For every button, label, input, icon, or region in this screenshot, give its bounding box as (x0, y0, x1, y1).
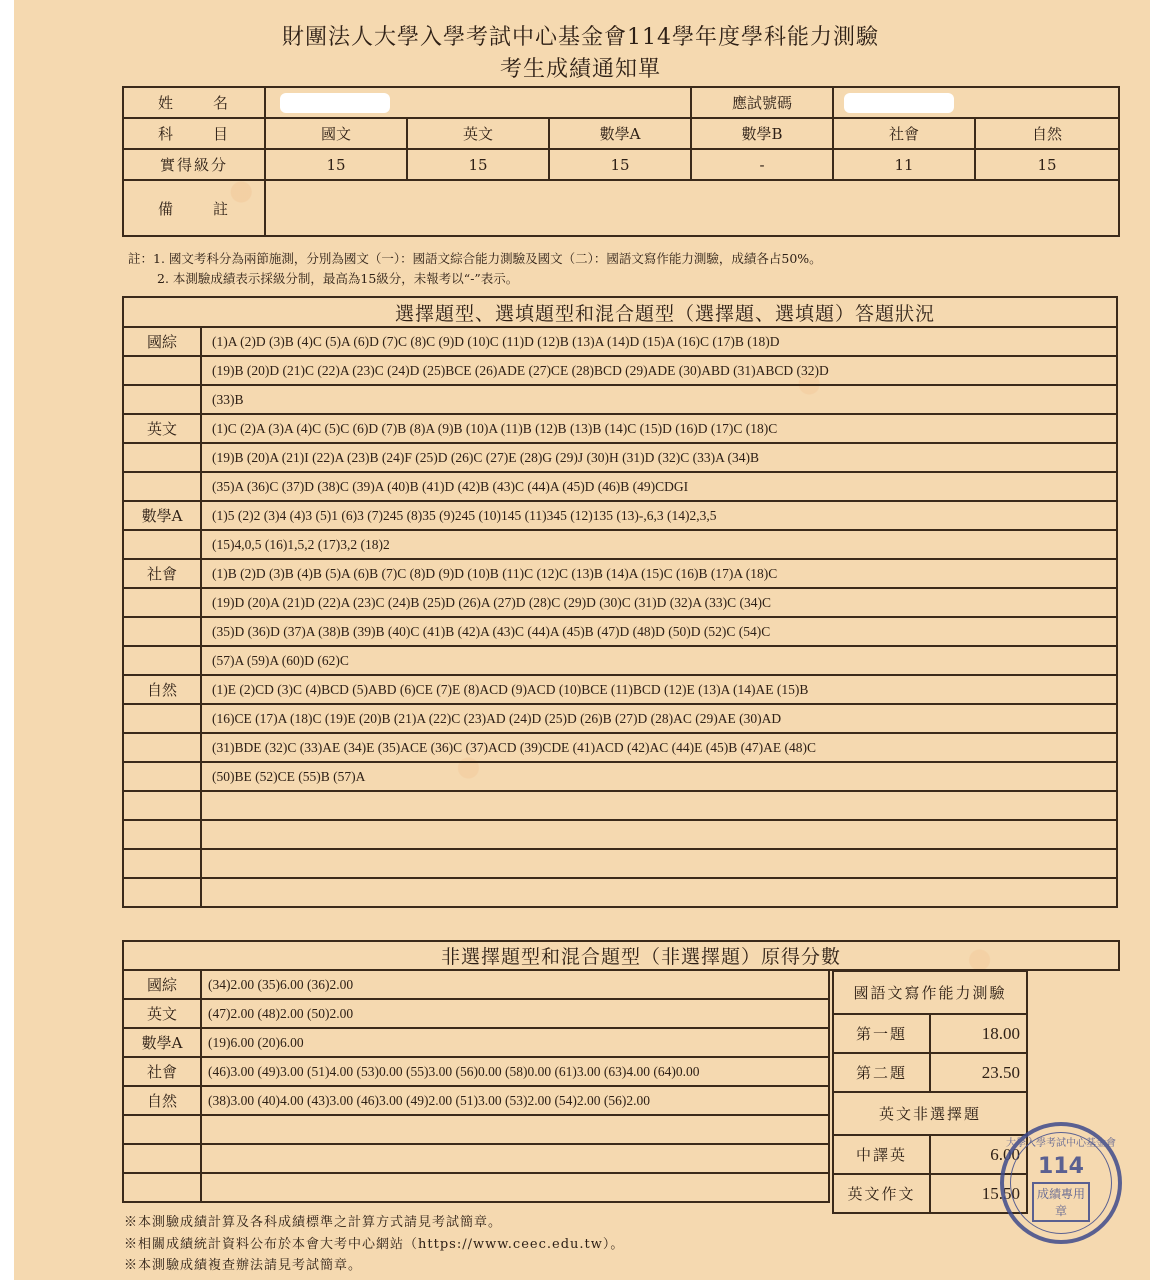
score-row: 實得級分 15 15 15 - 11 15 (123, 149, 1119, 180)
answer-row (123, 849, 1117, 878)
answer-row-text: (57)A (59)A (60)D (62)C (201, 646, 1117, 675)
non-choice-row-subject (123, 1144, 201, 1173)
name-value (265, 87, 691, 118)
answer-row-text: (1)B (2)D (3)B (4)B (5)A (6)B (7)C (8)D … (201, 559, 1117, 588)
answer-row-text: (1)5 (2)2 (3)4 (4)3 (5)1 (6)3 (7)245 (8)… (201, 501, 1117, 530)
translation-label: 中譯英 (833, 1135, 930, 1174)
answer-row-text: (1)C (2)A (3)A (4)C (5)C (6)D (7)B (8)A … (201, 414, 1117, 443)
answer-row-text: (33)B (201, 385, 1117, 414)
answer-row: (57)A (59)A (60)D (62)C (123, 646, 1117, 675)
answer-row: (33)B (123, 385, 1117, 414)
writing-q1-label: 第一題 (833, 1014, 930, 1053)
answer-row: (35)D (36)D (37)A (38)B (39)B (40)C (41)… (123, 617, 1117, 646)
answer-row-text: (19)D (20)A (21)D (22)A (23)C (24)B (25)… (201, 588, 1117, 617)
subject-science: 自然 (975, 118, 1119, 149)
document-title: 財團法人大學入學考試中心基金會114學年度學科能力測驗 (0, 20, 1161, 51)
answer-row-text: (31)BDE (32)C (33)AE (34)E (35)ACE (36)C… (201, 733, 1117, 762)
answer-row-subject (123, 617, 201, 646)
non-choice-row-subject: 英文 (123, 999, 201, 1028)
answer-row-subject: 自然 (123, 675, 201, 704)
non-choice-row-subject (123, 1115, 201, 1144)
answer-row-subject: 社會 (123, 559, 201, 588)
answer-row-subject (123, 704, 201, 733)
answer-row-text: (35)D (36)D (37)A (38)B (39)B (40)C (41)… (201, 617, 1117, 646)
answer-row: 國綜(1)A (2)D (3)B (4)C (5)A (6)D (7)C (8)… (123, 327, 1117, 356)
score-label: 實得級分 (123, 149, 265, 180)
answer-row: (19)B (20)A (21)I (22)A (23)B (24)F (25)… (123, 443, 1117, 472)
remark-row: 備註 (123, 180, 1119, 236)
answer-row-text: (19)B (20)D (21)C (22)A (23)C (24)D (25)… (201, 356, 1117, 385)
answer-row-subject (123, 472, 201, 501)
score-english: 15 (407, 149, 549, 180)
writing-q2-label: 第二題 (833, 1053, 930, 1092)
answer-row-text (201, 878, 1117, 907)
choice-answers-table: 選擇題型、選填題型和混合題型（選擇題、選填題）答題狀況 國綜(1)A (2)D … (122, 296, 1118, 908)
writing-q1-score: 18.00 (930, 1014, 1027, 1053)
name-redaction (280, 93, 390, 113)
non-choice-row-subject: 數學A (123, 1028, 201, 1057)
answer-row-subject (123, 791, 201, 820)
official-seal-icon: 大學入學考試中心基金會 114 成績專用章 (1000, 1122, 1122, 1244)
answer-row-text: (1)E (2)CD (3)C (4)BCD (5)ABD (6)CE (7)E… (201, 675, 1117, 704)
footer-note-1: ※本測驗成績計算及各科成績標準之計算方式請見考試簡章。 (124, 1212, 624, 1234)
answer-row-subject (123, 878, 201, 907)
answer-row: 自然(1)E (2)CD (3)C (4)BCD (5)ABD (6)CE (7… (123, 675, 1117, 704)
answer-row: 數學A(1)5 (2)2 (3)4 (4)3 (5)1 (6)3 (7)245 … (123, 501, 1117, 530)
seal-year: 114 (1004, 1154, 1118, 1179)
answer-row-text: (35)A (36)C (37)D (38)C (39)A (40)B (41)… (201, 472, 1117, 501)
subject-english: 英文 (407, 118, 549, 149)
writing-q2-row: 第二題23.50 (833, 1053, 1027, 1092)
answer-row (123, 878, 1117, 907)
answer-row-text (201, 820, 1117, 849)
answer-row-subject (123, 385, 201, 414)
answer-row: (19)D (20)A (21)D (22)A (23)C (24)B (25)… (123, 588, 1117, 617)
subject-math-b: 數學B (691, 118, 833, 149)
non-choice-row-text: (47)2.00 (48)2.00 (50)2.00 (201, 999, 829, 1028)
answer-row-text (201, 849, 1117, 878)
answer-row-subject (123, 762, 201, 791)
name-label: 姓名 (123, 87, 265, 118)
exam-number-value (833, 87, 1119, 118)
exam-number-label: 應試號碼 (691, 87, 833, 118)
essay-scores-table: 國語文寫作能力測驗 第一題18.00 第二題23.50 英文非選擇題 中譯英6.… (832, 970, 1028, 1214)
writing-q1-row: 第一題18.00 (833, 1014, 1027, 1053)
score-science: 15 (975, 149, 1119, 180)
subject-social: 社會 (833, 118, 975, 149)
non-choice-row-subject: 社會 (123, 1057, 201, 1086)
footer-note-2: ※相關成績統計資料公布於本會大考中心網站（https://www.ceec.ed… (124, 1234, 624, 1256)
answer-row: (15)4,0,5 (16)1,5,2 (17)3,2 (18)2 (123, 530, 1117, 559)
answer-row-subject: 英文 (123, 414, 201, 443)
non-choice-row-text: (38)3.00 (40)4.00 (43)3.00 (46)3.00 (49)… (201, 1086, 829, 1115)
answer-row: (31)BDE (32)C (33)AE (34)E (35)ACE (36)C… (123, 733, 1117, 762)
answer-row-subject (123, 733, 201, 762)
answer-row-text (201, 791, 1117, 820)
answer-row-text: (1)A (2)D (3)B (4)C (5)A (6)D (7)C (8)C … (201, 327, 1117, 356)
answer-row: (19)B (20)D (21)C (22)A (23)C (24)D (25)… (123, 356, 1117, 385)
non-choice-row-text: (46)3.00 (49)3.00 (51)4.00 (53)0.00 (55)… (201, 1057, 829, 1086)
answer-row-subject (123, 443, 201, 472)
name-row: 姓名 應試號碼 (123, 87, 1119, 118)
remark-label: 備註 (123, 180, 265, 236)
answer-row-text: (16)CE (17)A (18)C (19)E (20)B (21)A (22… (201, 704, 1117, 733)
non-choice-row-text: (19)6.00 (20)6.00 (201, 1028, 829, 1057)
english-non-choice-title: 英文非選擇題 (833, 1092, 1027, 1135)
non-choice-title: 非選擇題型和混合題型（非選擇題）原得分數 (123, 941, 1119, 970)
exam-number-redaction (844, 93, 954, 113)
answer-row-subject: 國綜 (123, 327, 201, 356)
student-score-table: 姓名 應試號碼 科目 國文 英文 數學A 數學B 社會 自然 實得級分 15 1… (122, 86, 1120, 237)
answer-row: (16)CE (17)A (18)C (19)E (20)B (21)A (22… (123, 704, 1117, 733)
answer-row-subject (123, 849, 201, 878)
answer-row-subject: 數學A (123, 501, 201, 530)
answer-row: 社會(1)B (2)D (3)B (4)B (5)A (6)B (7)C (8)… (123, 559, 1117, 588)
non-choice-row-subject: 國綜 (123, 970, 201, 999)
note-1: 註：1. 國文考科分為兩節施測，分別為國文（一）：國語文綜合能力測驗及國文（二）… (128, 249, 822, 269)
notes: 註：1. 國文考科分為兩節施測，分別為國文（一）：國語文綜合能力測驗及國文（二）… (128, 249, 822, 289)
footer-notes: ※本測驗成績計算及各科成績標準之計算方式請見考試簡章。 ※相關成績統計資料公布於… (124, 1212, 624, 1277)
subject-math-a: 數學A (549, 118, 691, 149)
non-choice-row-text (201, 1144, 829, 1173)
remark-value (265, 180, 1119, 236)
answer-row: 英文(1)C (2)A (3)A (4)C (5)C (6)D (7)B (8)… (123, 414, 1117, 443)
score-social: 11 (833, 149, 975, 180)
answer-row-text: (19)B (20)A (21)I (22)A (23)B (24)F (25)… (201, 443, 1117, 472)
subject-row: 科目 國文 英文 數學A 數學B 社會 自然 (123, 118, 1119, 149)
answer-row-text: (15)4,0,5 (16)1,5,2 (17)3,2 (18)2 (201, 530, 1117, 559)
score-math-b: - (691, 149, 833, 180)
non-choice-row-text: (34)2.00 (35)6.00 (36)2.00 (201, 970, 829, 999)
seal-arc-text: 大學入學考試中心基金會 (1004, 1134, 1118, 1149)
note-2: 2. 本測驗成績表示採級分制，最高為15級分，未報考以“-”表示。 (128, 269, 822, 289)
answer-row-subject (123, 820, 201, 849)
document-subtitle: 考生成績通知單 (0, 52, 1161, 83)
answer-row-subject (123, 646, 201, 675)
answer-row-subject (123, 588, 201, 617)
non-choice-row-subject (123, 1173, 201, 1202)
translation-row: 中譯英6.00 (833, 1135, 1027, 1174)
footer-note-3: ※本測驗成績複查辦法請見考試簡章。 (124, 1255, 624, 1277)
non-choice-row-text (201, 1115, 829, 1144)
essay-row: 英文作文15.50 (833, 1174, 1027, 1213)
answer-row (123, 791, 1117, 820)
chinese-writing-title: 國語文寫作能力測驗 (833, 971, 1027, 1014)
non-choice-row-text (201, 1173, 829, 1202)
answer-row-subject (123, 356, 201, 385)
subject-chinese: 國文 (265, 118, 407, 149)
choice-answers-title: 選擇題型、選填題型和混合題型（選擇題、選填題）答題狀況 (123, 297, 1117, 327)
writing-q2-score: 23.50 (930, 1053, 1027, 1092)
score-math-a: 15 (549, 149, 691, 180)
answer-row-text: (50)BE (52)CE (55)B (57)A (201, 762, 1117, 791)
answer-row: (50)BE (52)CE (55)B (57)A (123, 762, 1117, 791)
seal-label: 成績專用章 (1032, 1182, 1090, 1222)
non-choice-row-subject: 自然 (123, 1086, 201, 1115)
score-chinese: 15 (265, 149, 407, 180)
subject-label: 科目 (123, 118, 265, 149)
answer-row (123, 820, 1117, 849)
answer-row: (35)A (36)C (37)D (38)C (39)A (40)B (41)… (123, 472, 1117, 501)
essay-label: 英文作文 (833, 1174, 930, 1213)
answer-row-subject (123, 530, 201, 559)
